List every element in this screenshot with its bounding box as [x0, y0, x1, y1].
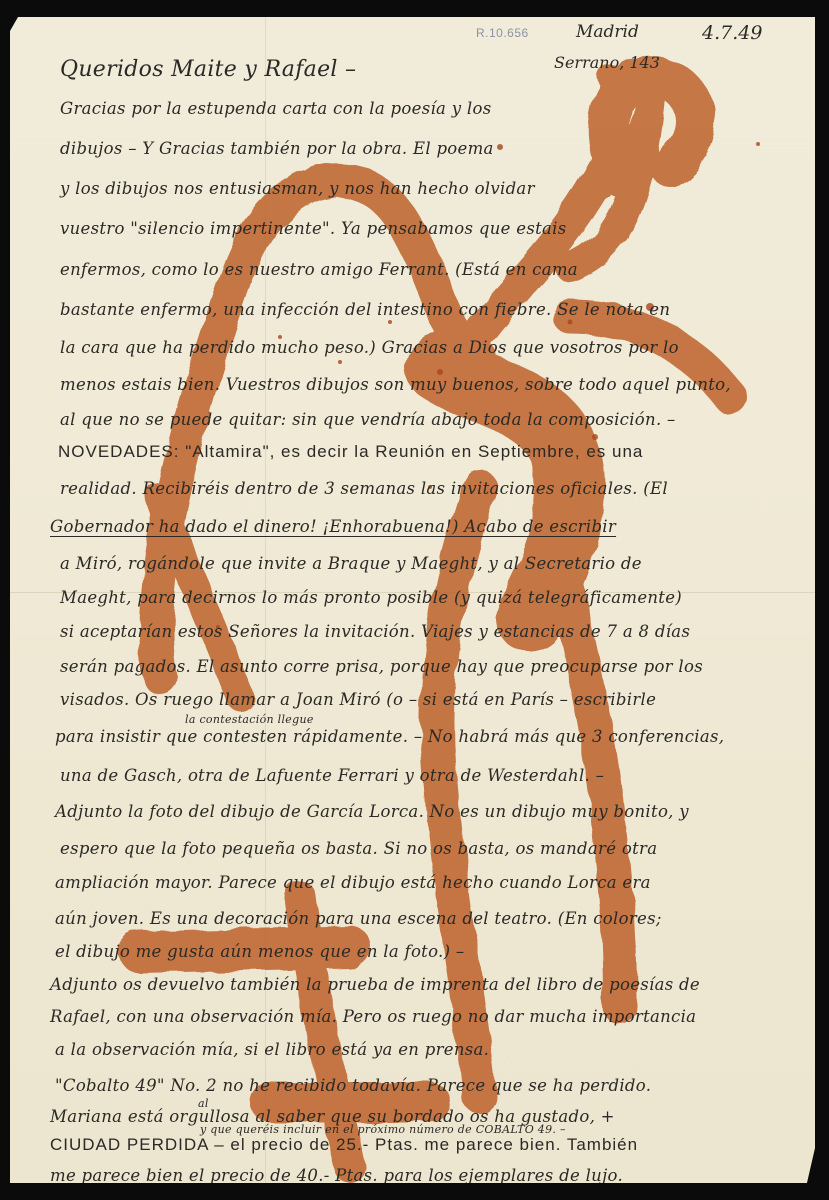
body-line: enfermos, como lo es nuestro amigo Ferra… — [60, 260, 578, 279]
body-line: Adjunto os devuelvo también la prueba de… — [50, 975, 700, 994]
body-line: aún joven. Es una decoración para una es… — [55, 909, 662, 928]
body-line: Maeght, para decirnos lo más pronto posi… — [60, 588, 682, 607]
body-line: Rafael, con una observación mía. Pero os… — [50, 1007, 696, 1026]
body-line: menos estais bien. Vuestros dibujos son … — [60, 375, 731, 394]
body-line: la cara que ha perdido mucho peso.) Grac… — [60, 338, 679, 357]
body-line: si aceptarían estos Señores la invitació… — [60, 622, 690, 641]
body-line: Gracias por la estupenda carta con la po… — [60, 99, 491, 118]
body-line: y los dibujos nos entusiasman, y nos han… — [60, 179, 535, 198]
letter-body: Queridos Maite y Rafael – Gracias por la… — [10, 17, 815, 1183]
body-line: serán pagados. El asunto corre prisa, po… — [60, 657, 703, 676]
section-heading-novedades: NOVEDADES: "Altamira", es decir la Reuni… — [58, 442, 643, 462]
body-line: al que no se puede quitar: sin que vendr… — [60, 410, 676, 429]
body-line: para insistir que contesten rápidamente.… — [55, 727, 724, 746]
body-line-ciudad-perdida: CIUDAD PERDIDA – el precio de 25.- Ptas.… — [50, 1135, 638, 1155]
interlinear-insert: la contestación llegue — [185, 713, 314, 726]
body-line: dibujos – Y Gracias también por la obra.… — [60, 139, 494, 158]
body-line: Gobernador ha dado el dinero! ¡Enhorabue… — [50, 517, 616, 536]
body-line: el dibujo me gusta aún menos que en la f… — [55, 942, 464, 961]
body-line: "Cobalto 49" No. 2 no he recibido todaví… — [55, 1076, 651, 1095]
body-line: a Miró, rogándole que invite a Braque y … — [60, 554, 642, 573]
body-line: espero que la foto pequeña os basta. Si … — [60, 839, 657, 858]
body-line: una de Gasch, otra de Lafuente Ferrari y… — [60, 766, 604, 785]
body-line: realidad. Recibiréis dentro de 3 semanas… — [60, 479, 668, 498]
body-line: ampliación mayor. Parece que el dibujo e… — [55, 873, 651, 892]
body-line: bastante enfermo, una infección del inte… — [60, 300, 670, 319]
body-line: a la observación mía, si el libro está y… — [55, 1040, 489, 1059]
body-line: visados. Os ruego llamar a Joan Miró (o … — [60, 690, 656, 709]
body-line: vuestro "silencio impertinente". Ya pens… — [60, 219, 567, 238]
salutation: Queridos Maite y Rafael – — [60, 57, 356, 82]
body-line: Adjunto la foto del dibujo de García Lor… — [55, 802, 689, 821]
letter-paper: R.10.656 Madrid 4.7.49 Serrano, 143 Quer… — [10, 17, 815, 1183]
